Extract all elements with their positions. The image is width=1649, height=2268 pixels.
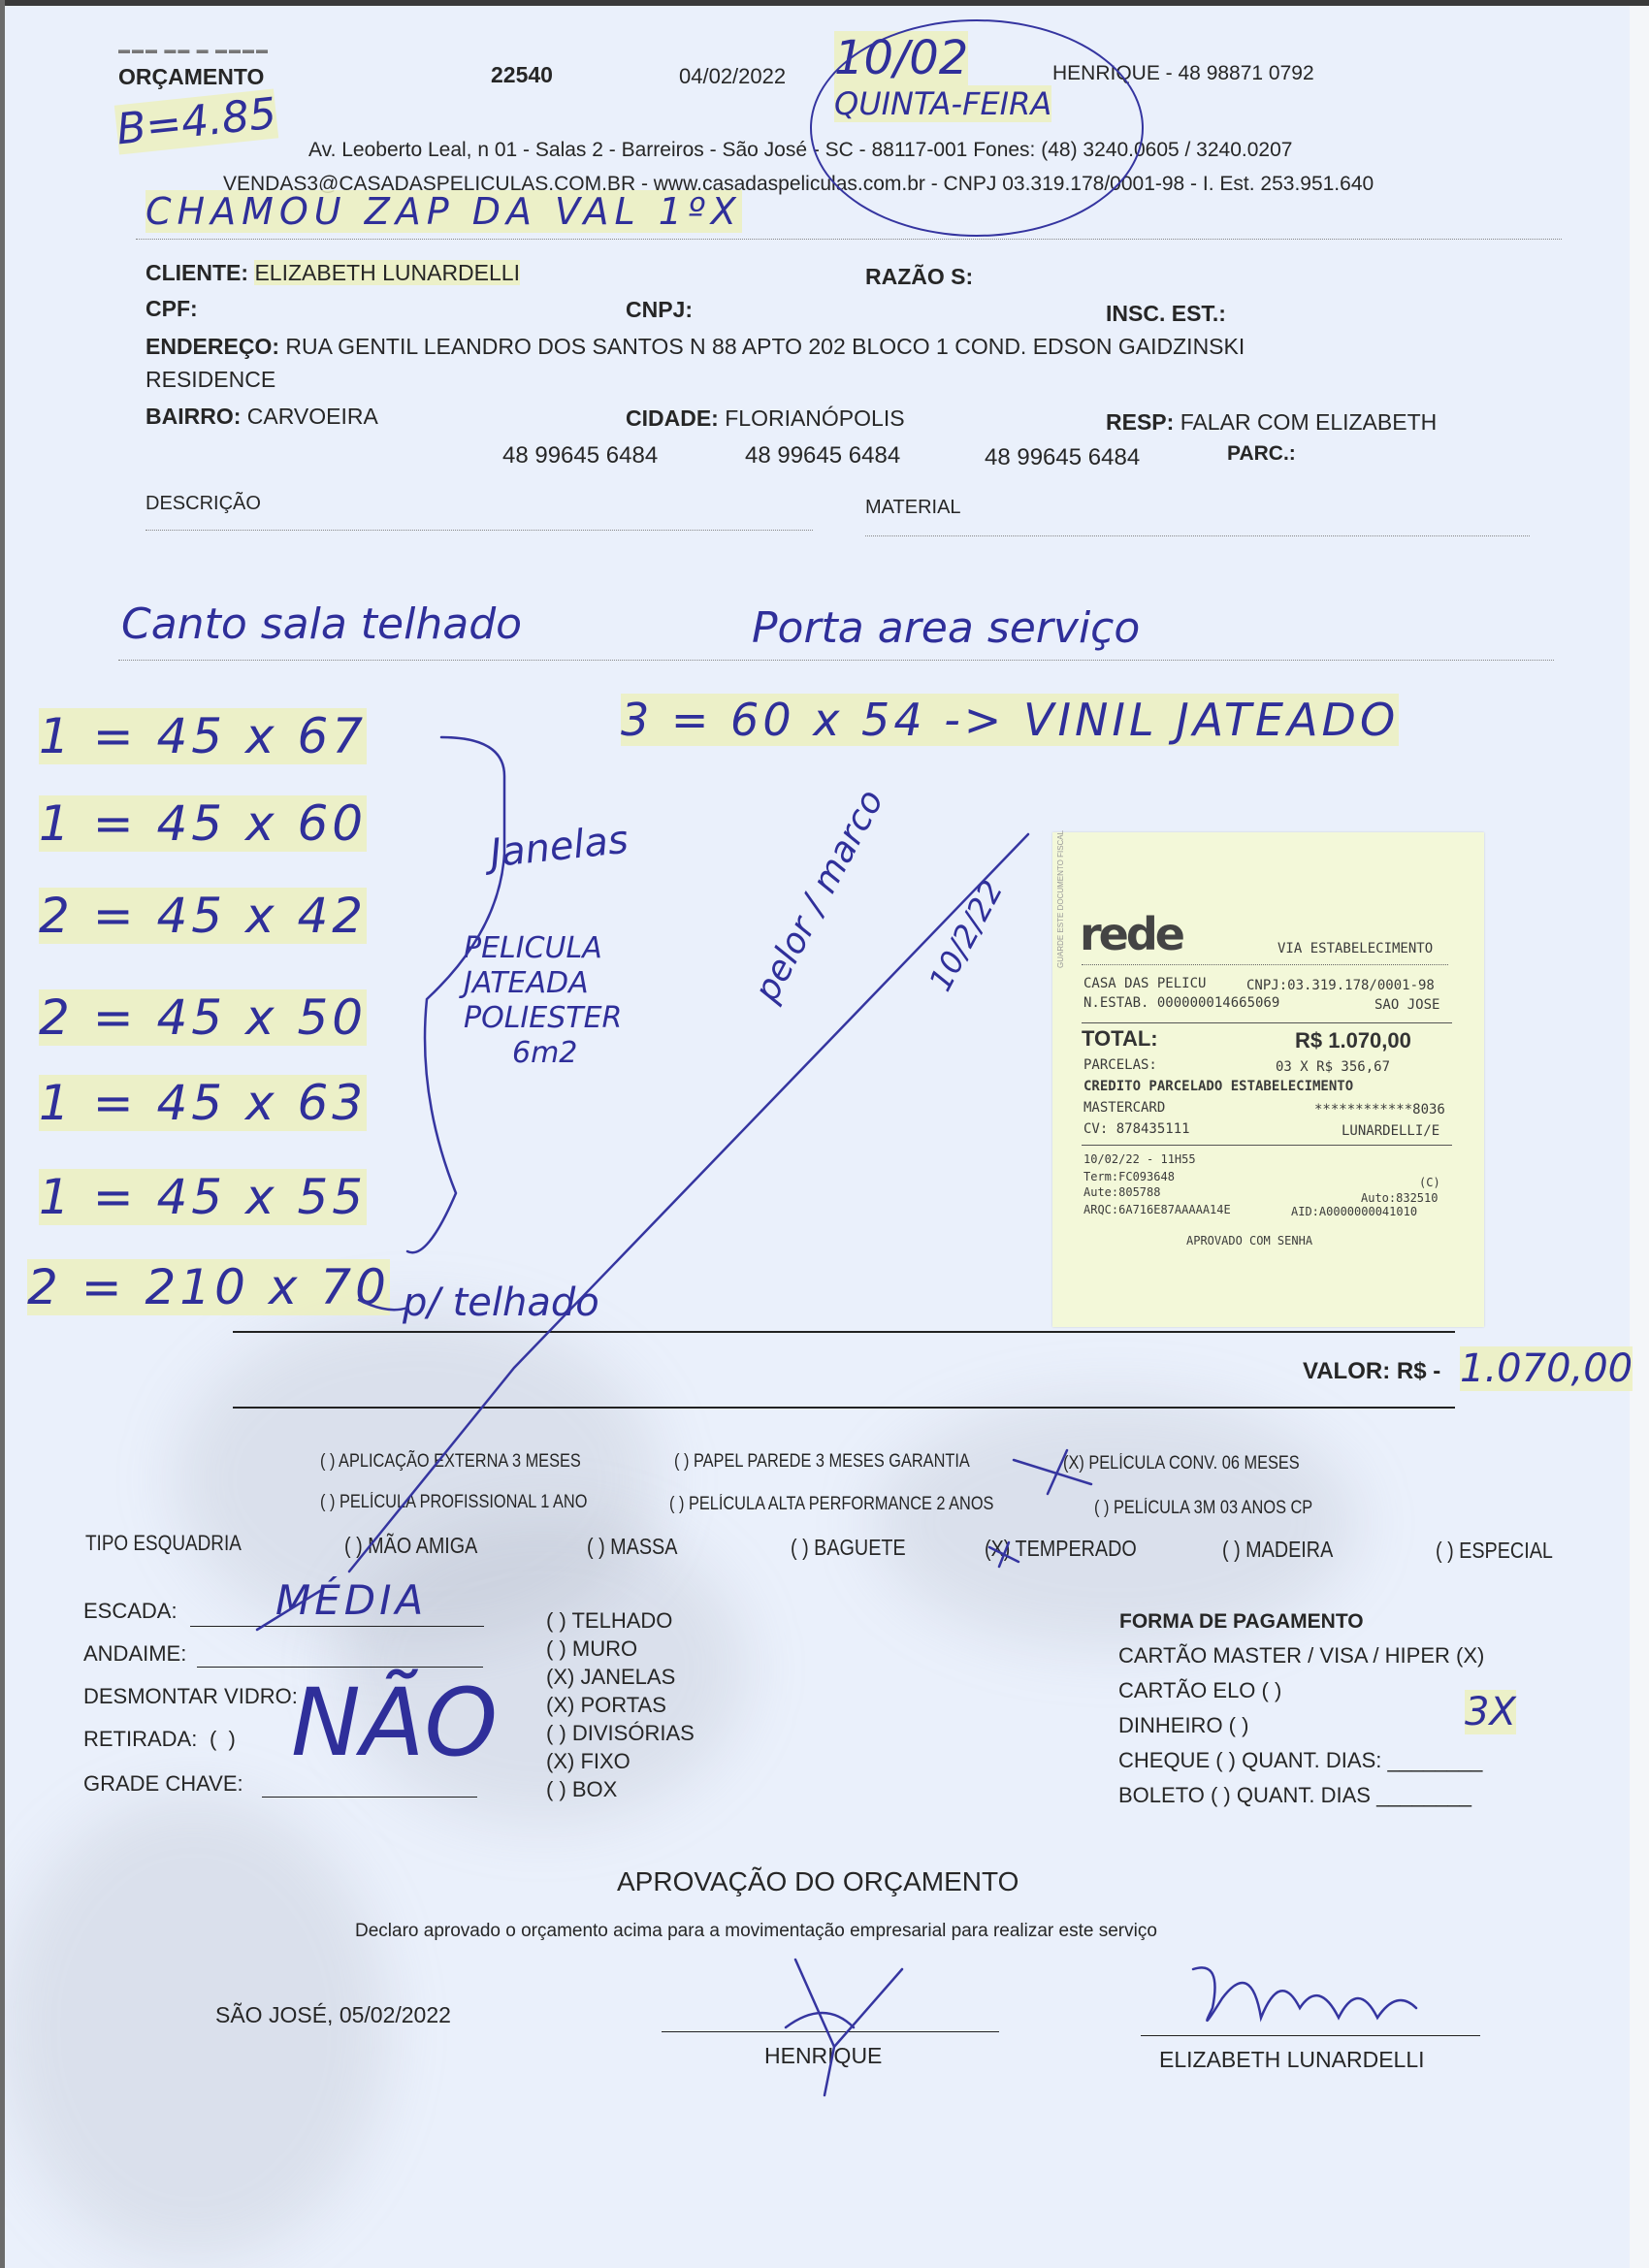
esquadria-label: TIPO ESQUADRIA [85,1531,242,1556]
payment-option-label: BOLETO ( ) [1118,1783,1231,1807]
company-address: Av. Leoberto Leal, n 01 - Salas 2 - Barr… [308,139,1292,162]
receipt-card-brand: MASTERCARD [1083,1100,1165,1116]
measure-right: 3 = 60 x 54 -> VINIL JATEADO [621,694,1399,746]
cidade-row: CIDADE: FLORIANÓPOLIS [626,405,905,432]
bairro-label: BAIRRO: [145,404,241,429]
handwritten-no: NÃO [291,1669,498,1777]
receipt-holder: LUNARDELLI/E [1342,1123,1439,1139]
measure-item: 2 = 210 x 70 [27,1259,390,1315]
material-note-line: POLIESTER [464,1001,696,1036]
receipt-aute: Aute:805788 [1083,1185,1160,1199]
measure-item: 1 = 45 x 63 [39,1075,367,1131]
measure-item: 2 = 45 x 42 [39,888,367,944]
receipt-parcelas-label: PARCELAS: [1083,1057,1157,1073]
endereco-value: RUA GENTIL LEANDRO DOS SANTOS N 88 APTO … [285,334,1245,359]
measure-item: 1 = 45 x 55 [39,1169,367,1225]
phone-1: 48 99645 6484 [502,442,658,470]
insc-est-label: INSC. EST.: [1106,301,1226,327]
receipt-divider [1082,1022,1452,1023]
payment-option-label: CARTÃO MASTER / VISA / HIPER (X) [1118,1643,1484,1668]
resp-value: FALAR COM ELIZABETH [1180,409,1438,435]
installments-note: 3X [1465,1690,1516,1734]
rede-logo: rede [1080,908,1182,960]
location-option[interactable]: ( ) DIVISÓRIAS [546,1721,695,1746]
material-note-line: 6m2 [464,1036,696,1071]
receipt-divider [1082,964,1448,965]
client-signature-line[interactable] [1141,2035,1480,2036]
receipt-type: CREDITO PARCELADO ESTABELECIMENTO [1083,1079,1353,1094]
receipt-status: APROVADO COM SENHA [1186,1234,1312,1247]
location-option[interactable]: ( ) TELHADO [546,1608,672,1634]
location-option[interactable]: (X) PORTAS [546,1693,666,1718]
col-material: MATERIAL [865,497,961,519]
retirada-checkbox[interactable]: ( ) [210,1727,236,1752]
material-note: PELICULA JATEADA POLIESTER 6m2 [464,931,696,1071]
client-signer-name: ELIZABETH LUNARDELLI [1159,2047,1425,2073]
descricao-rule [145,530,813,531]
doc-title: ORÇAMENTO [118,64,264,90]
receipt-cv: CV: 878435111 [1083,1121,1190,1137]
handwritten-circle [810,19,1144,237]
measure-item: 2 = 45 x 50 [39,989,367,1046]
cut-off-header: ▬▬▬ ▬▬ ▬ ▬▬▬▬ [118,43,270,56]
doc-date: 04/02/2022 [679,64,786,89]
location-option[interactable]: ( ) BOX [546,1777,617,1802]
cpf-label: CPF: [145,296,198,322]
telhado-note: p/ telhado [403,1280,599,1325]
endereco-label: ENDEREÇO: [145,334,279,359]
handwritten-contact-note: CHAMOU ZAP DA VAL 1ºX [145,190,742,233]
warranty-option[interactable]: ( ) PELÍCULA ALTA PERFORMANCE 2 ANOS [669,1494,993,1515]
grade-chave-label: GRADE CHAVE: [83,1771,243,1797]
warranty-option[interactable]: ( ) PELÍCULA PROFISSIONAL 1 ANO [320,1492,587,1513]
receipt-datetime: 10/02/22 - 11H55 [1083,1152,1196,1166]
receipt-total-value: R$ 1.070,00 [1295,1028,1411,1053]
receipt-via: VIA ESTABELECIMENTO [1277,941,1433,956]
approval-title: APROVAÇÃO DO ORÇAMENTO [617,1866,1018,1897]
valor-label: VALOR: R$ - [1303,1358,1440,1385]
receipt-estab: N.ESTAB. 000000014665069 [1083,995,1279,1011]
approval-statement: Declaro aprovado o orçamento acima para … [355,1921,1157,1942]
valor-rule-top [233,1331,1455,1333]
esquadria-option[interactable]: ( ) MÃO AMIGA [344,1533,477,1559]
valor-value: 1.070,00 [1460,1346,1633,1391]
receipt-total-label: TOTAL: [1082,1026,1158,1052]
payment-option-label: CARTÃO ELO ( ) [1118,1678,1281,1702]
escada-value: MÉDIA [275,1576,427,1624]
resp-row: RESP: FALAR COM ELIZABETH [1106,409,1437,436]
room-left-note: Canto sala telhado [121,599,522,649]
receipt-c-flag: (C) [1419,1176,1440,1189]
receipt-aid: AID:A0000000041010 [1291,1205,1417,1218]
payment-option[interactable]: CARTÃO ELO ( ) [1118,1678,1281,1703]
cidade-label: CIDADE: [626,405,719,431]
receipt-merchant: CASA DAS PELICU [1083,976,1206,991]
retirada-label: RETIRADA: [83,1727,197,1752]
payment-option-label: DINHEIRO ( ) [1118,1713,1248,1737]
doc-number: 22540 [491,62,553,88]
measure-item: 1 = 45 x 60 [39,795,367,852]
scan-edge [0,0,5,2268]
esquadria-option[interactable]: (X) TEMPERADO [985,1536,1137,1562]
escada-label: ESCADA: [83,1599,178,1624]
card-receipt: GUARDE ESTE DOCUMENTO FISCAL rede VIA ES… [1052,832,1484,1327]
location-option[interactable]: (X) JANELAS [546,1665,675,1690]
header-divider [136,239,1562,240]
payment-option[interactable]: BOLETO ( ) QUANT. DIAS ________ [1118,1783,1471,1808]
scan-edge [0,0,1649,6]
material-note-line: PELICULA [464,931,696,966]
seller-signer-name: HENRIQUE [764,2043,882,2069]
andaime-line [197,1667,483,1668]
payment-option-label: CHEQUE ( ) [1118,1748,1236,1772]
warranty-option[interactable]: (X) PELÍCULA CONV. 06 MESES [1063,1453,1300,1474]
razao-label: RAZÃO S: [865,264,973,290]
payment-option[interactable]: CARTÃO MASTER / VISA / HIPER (X) [1118,1643,1484,1669]
receipt-card-number: ************8036 [1314,1102,1445,1118]
approval-place-date: SÃO JOSÉ, 05/02/2022 [215,2002,451,2028]
grade-line [262,1797,477,1798]
col-descricao: DESCRIÇÃO [145,493,261,515]
receipt-side-text: GUARDE ESTE DOCUMENTO FISCAL [1056,830,1065,968]
esquadria-option[interactable]: ( ) MADEIRA [1222,1537,1333,1563]
receipt-city: SAO JOSE [1374,997,1439,1013]
payment-title: FORMA DE PAGAMENTO [1119,1610,1364,1634]
valor-rule-bottom [233,1407,1455,1409]
warranty-option[interactable]: ( ) PAPEL PAREDE 3 MESES GARANTIA [674,1451,970,1473]
warranty-option[interactable]: ( ) APLICAÇÃO EXTERNA 3 MESES [320,1451,581,1473]
endereco-cont: RESIDENCE [145,367,275,393]
bairro-value: CARVOEIRA [247,404,378,429]
cidade-value: FLORIANÓPOLIS [725,405,904,431]
receipt-arqc: ARQC:6A716E87AAAAA14E [1083,1203,1231,1216]
esquadria-option[interactable]: ( ) MASSA [587,1534,677,1560]
warranty-option[interactable]: ( ) PELÍCULA 3M 03 ANOS CP [1094,1498,1312,1519]
seller-signature-line[interactable] [662,2031,999,2032]
andaime-label: ANDAIME: [83,1641,186,1667]
phone-2: 48 99645 6484 [745,442,900,470]
endereco-row: ENDEREÇO: RUA GENTIL LEANDRO DOS SANTOS … [145,334,1245,360]
bairro-row: BAIRRO: CARVOEIRA [145,404,378,430]
receipt-term: Term:FC093648 [1083,1170,1175,1183]
body-rule [118,660,1554,661]
payment-option[interactable]: CHEQUE ( ) QUANT. DIAS: ________ [1118,1748,1482,1773]
quant-dias-field[interactable]: QUANT. DIAS ________ [1231,1783,1471,1807]
receipt-divider [1082,1145,1452,1146]
location-option[interactable]: (X) FIXO [546,1749,630,1774]
cliente-value: ELIZABETH LUNARDELLI [254,260,520,285]
material-rule [865,535,1530,536]
location-option[interactable]: ( ) MURO [546,1636,637,1662]
receipt-auto: Auto:832510 [1361,1191,1438,1205]
measure-item: 1 = 45 x 67 [39,708,367,764]
payment-option[interactable]: DINHEIRO ( ) [1118,1713,1248,1738]
client-row: CLIENTE: ELIZABETH LUNARDELLI [145,260,520,286]
esquadria-option[interactable]: ( ) BAGUETE [791,1535,906,1561]
desmontar-label: DESMONTAR VIDRO: [83,1684,298,1709]
quant-dias-field[interactable]: QUANT. DIAS: ________ [1236,1748,1482,1772]
room-right-note: Porta area serviço [752,603,1140,653]
phone-3: 48 99645 6484 [985,444,1140,471]
resp-label: RESP: [1106,409,1174,435]
escada-line [190,1626,484,1627]
parc-label: PARC.: [1227,442,1296,466]
cliente-label: CLIENTE: [145,260,248,285]
receipt-cnpj: CNPJ:03.319.178/0001-98 [1246,978,1435,993]
cnpj-label: CNPJ: [626,297,693,323]
material-note-line: JATEADA [464,966,696,1001]
esquadria-option[interactable]: ( ) ESPECIAL [1436,1538,1553,1564]
receipt-parcelas-value: 03 X R$ 356,67 [1276,1059,1390,1075]
